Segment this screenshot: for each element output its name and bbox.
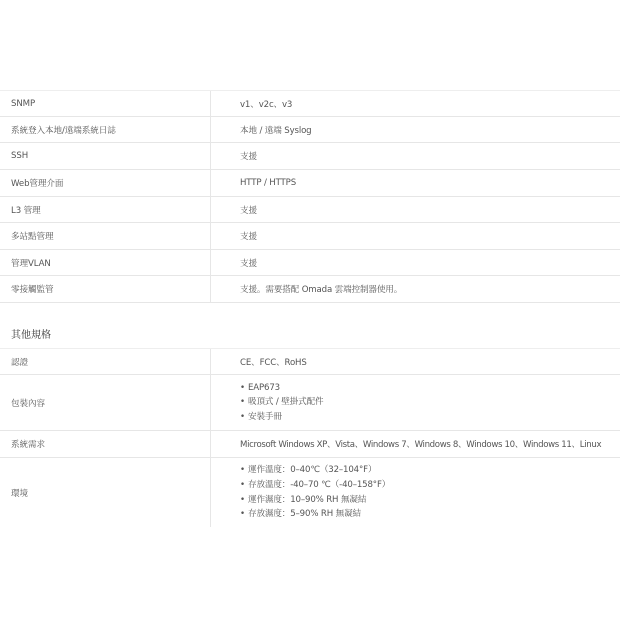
list-item: •EAP673: [240, 381, 323, 396]
spec-label: 系統登入本地/遠端系統日誌: [0, 117, 211, 142]
spec-label: 認證: [0, 349, 211, 374]
spec-row-zero-touch: 零接觸監管 支援。需要搭配 Omada 雲端控制器使用。: [0, 276, 620, 303]
spec-row-snmp: SNMP v1、v2c、v3: [0, 90, 620, 117]
spec-value: 支援: [211, 223, 620, 249]
spec-value: HTTP / HTTPS: [211, 170, 620, 196]
spec-value: 本地 / 遠端 Syslog: [211, 117, 620, 142]
bullet: •: [240, 507, 248, 522]
list-item: •吸頂式 / 壁掛式配件: [240, 395, 323, 410]
spec-value-list: •運作溫度：0–40℃（32–104°F） •存放溫度：-40–70 ℃（-40…: [211, 458, 620, 527]
spec-row-package-contents: 包裝內容 •EAP673 •吸頂式 / 壁掛式配件 •安裝手冊: [0, 375, 620, 431]
spec-value: CE、FCC、RoHS: [211, 349, 620, 374]
spec-label: 環境: [0, 458, 211, 527]
spec-row-web-management: Web管理介面 HTTP / HTTPS: [0, 170, 620, 197]
bullet: •: [240, 463, 248, 478]
spec-label: 零接觸監管: [0, 276, 211, 302]
list-item: •安裝手冊: [240, 410, 323, 425]
bullet: •: [240, 395, 248, 410]
other-spec-table: 認證 CE、FCC、RoHS 包裝內容 •EAP673 •吸頂式 / 壁掛式配件…: [0, 348, 620, 527]
package-contents-list: •EAP673 •吸頂式 / 壁掛式配件 •安裝手冊: [240, 381, 323, 425]
bullet: •: [240, 381, 248, 396]
section-title-other-specs: 其他規格: [11, 326, 51, 341]
list-item: •存放溫度：-40–70 ℃（-40–158°F）: [240, 478, 390, 493]
spec-row-certification: 認證 CE、FCC、RoHS: [0, 348, 620, 375]
spec-value: 支援: [211, 250, 620, 275]
spec-row-syslog: 系統登入本地/遠端系統日誌 本地 / 遠端 Syslog: [0, 117, 620, 143]
spec-label: Web管理介面: [0, 170, 211, 196]
spec-page: SNMP v1、v2c、v3 系統登入本地/遠端系統日誌 本地 / 遠端 Sys…: [0, 0, 620, 620]
bullet: •: [240, 410, 248, 425]
spec-row-multi-site: 多站點管理 支援: [0, 223, 620, 250]
spec-value: 支援: [211, 197, 620, 222]
spec-value: v1、v2c、v3: [211, 91, 620, 116]
spec-label: L3 管理: [0, 197, 211, 222]
list-item: •存放濕度：5–90% RH 無凝結: [240, 507, 390, 522]
spec-label: 包裝內容: [0, 375, 211, 430]
spec-value-list: •EAP673 •吸頂式 / 壁掛式配件 •安裝手冊: [211, 375, 620, 430]
spec-label: SNMP: [0, 91, 211, 116]
management-spec-table: SNMP v1、v2c、v3 系統登入本地/遠端系統日誌 本地 / 遠端 Sys…: [0, 90, 620, 303]
bullet: •: [240, 478, 248, 493]
spec-label: 多站點管理: [0, 223, 211, 249]
spec-row-environment: 環境 •運作溫度：0–40℃（32–104°F） •存放溫度：-40–70 ℃（…: [0, 458, 620, 527]
spec-value: 支援。需要搭配 Omada 雲端控制器使用。: [211, 276, 620, 302]
environment-list: •運作溫度：0–40℃（32–104°F） •存放溫度：-40–70 ℃（-40…: [240, 463, 390, 521]
spec-value: Microsoft Windows XP、Vista、Windows 7、Win…: [211, 431, 620, 457]
spec-row-ssh: SSH 支援: [0, 143, 620, 170]
list-item: •運作濕度：10–90% RH 無凝結: [240, 493, 390, 508]
spec-row-l3-management: L3 管理 支援: [0, 197, 620, 223]
spec-value: 支援: [211, 143, 620, 169]
bullet: •: [240, 493, 248, 508]
spec-label: 系統需求: [0, 431, 211, 457]
spec-label: 管理VLAN: [0, 250, 211, 275]
spec-row-system-requirements: 系統需求 Microsoft Windows XP、Vista、Windows …: [0, 431, 620, 458]
spec-label: SSH: [0, 143, 211, 169]
list-item: •運作溫度：0–40℃（32–104°F）: [240, 463, 390, 478]
spec-row-management-vlan: 管理VLAN 支援: [0, 250, 620, 276]
